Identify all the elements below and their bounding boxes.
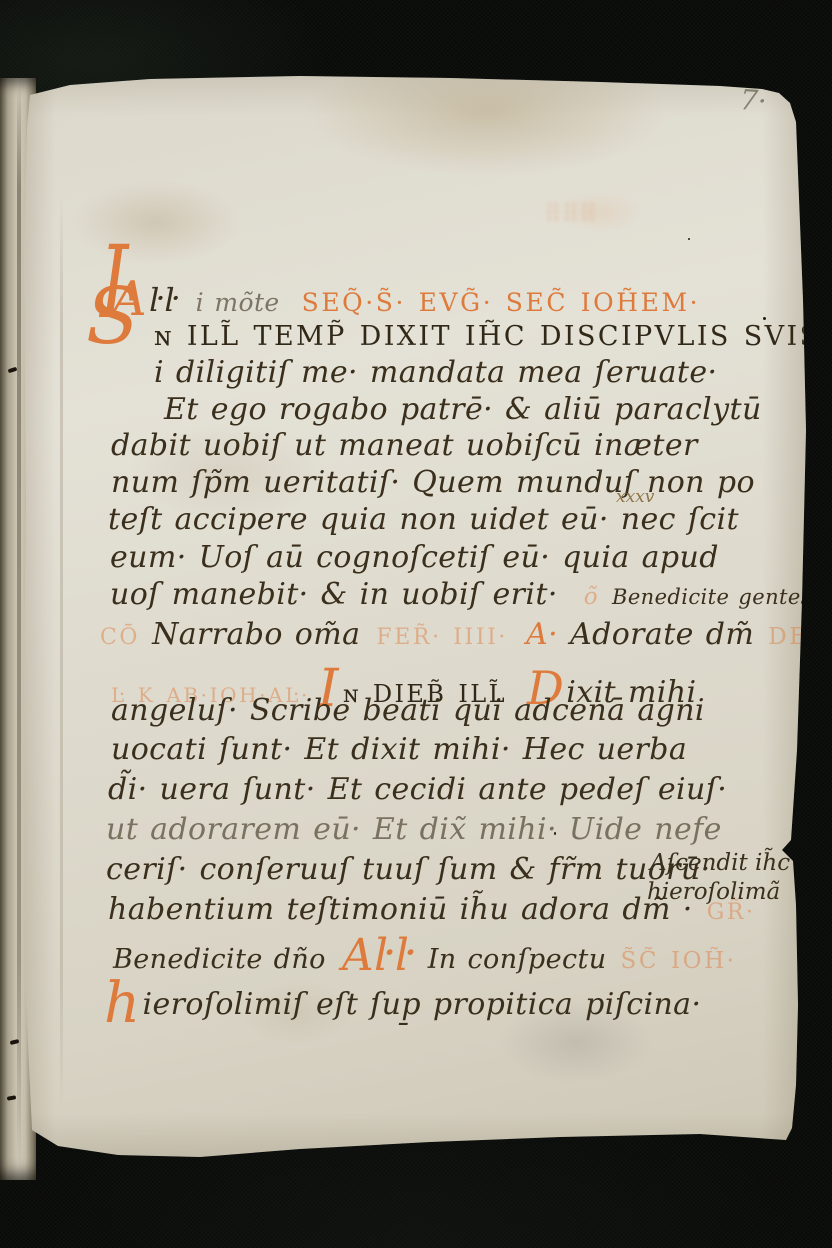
manuscript-photo: ⠿⠿⠿ 7· Aŀŀi mõteSEQ̃·S̃· EVG̃· SEC̃ IOH̃… [0,0,832,1248]
text-segment: ut adorarem eū· Et dix̃ mihi· Uide nefe [106,812,722,847]
ink-speck [688,238,690,240]
line-04: Et ego rogabo patrē· & aliū paraclytū [164,392,762,427]
margin-note-hierosolima: hieroſolimã [647,879,780,905]
text-segment: ieroſolimiſ eſt ſup̱ propitica piſcina· [142,987,701,1022]
text-segment: ɴ ILL̃ TEMP̃ DIXIT IH̃C DISCIPVLIS SVIS· [154,321,832,352]
margin-note-ascendit: Aſcendit ih̃c [650,850,790,876]
text-segment: SEQ̃·S̃· EVG̃· SEC̃ IOH̃EM· [302,288,701,317]
gutter-crease [17,78,21,1180]
line-01-incipit: Aŀŀi mõteSEQ̃·S̃· EVG̃· SEC̃ IOH̃EM· [112,267,700,323]
line-19: hieroſolimiſ eſt ſup̱ propitica piſcina· [104,963,701,1028]
line-12: angeluſ· Scribe beati qui adcenā agni [111,693,705,728]
line-14: d̃i· uera ſunt· Et cecidi ante pedeſ eiu… [108,772,727,807]
initial-h: h [104,971,140,1036]
margin-numeral-xxxv: xxxv [616,487,654,507]
rubric-antiphon: A· [526,617,558,652]
stitch-mark [8,367,18,374]
rubric-offset-ghost: ⠿⠿⠿ [544,200,597,228]
text-segment: num ſp̃m ueritatiſ· Quem munduſ non po [111,465,755,500]
initial-S-tall: S [86,272,139,362]
rubric-communio: CŌ [100,625,140,650]
parchment-crease [60,192,63,1112]
line-02: ɴ ILL̃ TEMP̃ DIXIT IH̃C DISCIPVLIS SVIS· [154,318,832,353]
line-09: uoſ manebit· & in uobiſ erit·õBenedicite… [110,577,812,612]
text-segment: Adorate dm̃ [570,617,754,652]
text-segment: õ [584,584,598,610]
text-segment: ŀŀ [149,281,180,319]
text-segment: Et ego rogabo patrē· & aliū paraclytū [164,392,762,427]
text-segment: angeluſ· Scribe beati qui adcenā agni [111,693,705,728]
line-15: ut adorarem eū· Et dix̃ mihi· Uide nefe [106,812,722,847]
text-segment: dabit uobiſ ut maneat uobiſcū inæter [111,428,698,463]
rubric-feria: FER̃· IIII· [376,625,508,650]
text-segment: uoſ manebit· & in uobiſ erit· [110,577,558,612]
line-13: uocati ſunt· Et dixit mihi· Hec uerba [111,732,687,767]
text-segment: i mõte [196,288,280,317]
text-segment: teſt accipere quia non uidet eū· nec ſci… [108,502,739,537]
text-segment: uocati ſunt· Et dixit mihi· Hec uerba [111,732,687,767]
margin-cue: Benedicite gentes̃ [612,585,812,609]
manuscript-page: ⠿⠿⠿ 7· Aŀŀi mõteSEQ̃·S̃· EVG̃· SEC̃ IOH̃… [16,72,810,1168]
text-segment: eum· Uoſ aū cognoſcetiſ eū· quia apud [110,540,719,575]
text-segment: i diligitiſ me· mandata mea ſeruate· [154,355,717,390]
line-05: dabit uobiſ ut maneat uobiſcū inæter [111,428,698,463]
stitch-mark [7,1095,17,1101]
line-08: eum· Uoſ aū cognoſcetiſ eū· quia apud [110,540,719,575]
text-segment: Narrabo om̃a [152,617,360,652]
rubric-de-angelis: DE ANGELIS· [768,624,832,650]
folio-number: 7· [739,83,768,118]
line-03: i diligitiſ me· mandata mea ſeruate· [154,355,717,390]
line-06: num ſp̃m ueritatiſ· Quem munduſ non po [111,465,755,500]
text-segment: habentium teſtimoniū ih̃u adora dm̃ · [108,892,693,927]
line-16: ceriſ· conſeruuſ tuuſ ſum & fr̃m tuorū· [106,852,711,887]
line-07: teſt accipere quia non uidet eū· nec ſci… [108,502,739,537]
text-segment: ceriſ· conſeruuſ tuuſ ſum & fr̃m tuorū· [106,852,711,887]
line-10-rubrics: CŌNarrabo om̃aFER̃· IIII·A·Adorate dm̃DE… [100,617,832,652]
text-segment: d̃i· uera ſunt· Et cecidi ante pedeſ eiu… [108,772,727,807]
